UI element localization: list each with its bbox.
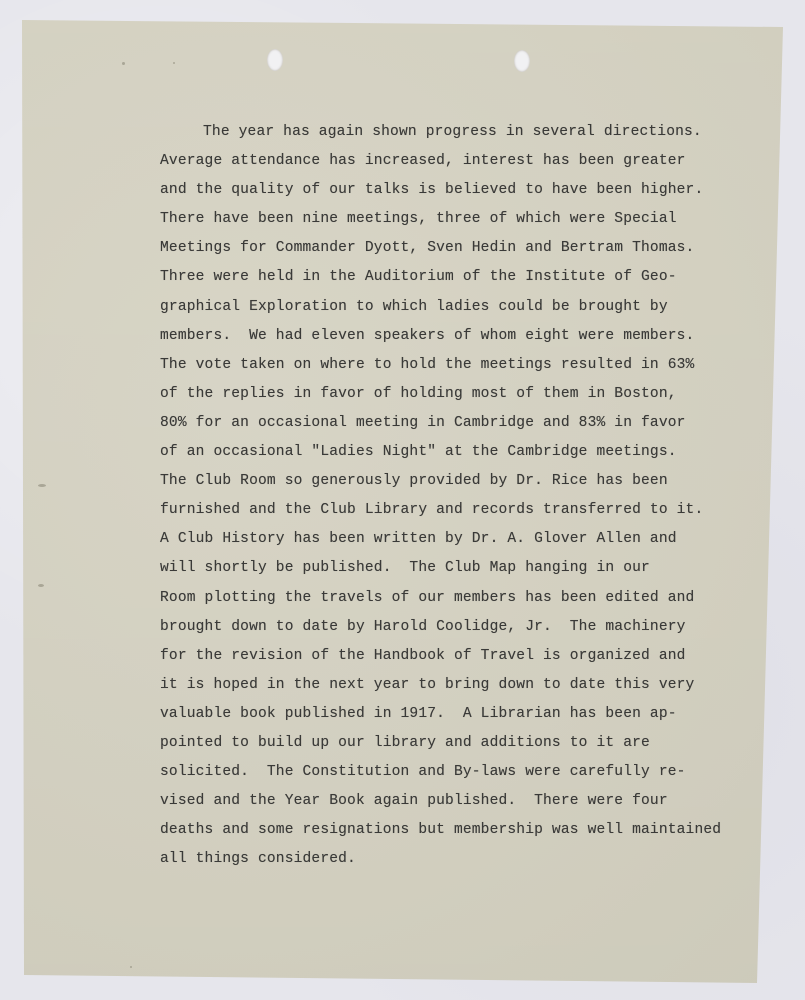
paper-speck [173, 62, 175, 64]
text-line: for the revision of the Handbook of Trav… [160, 642, 720, 671]
text-line: and the quality of our talks is believed… [160, 176, 720, 205]
text-line: 80% for an occasional meeting in Cambrid… [160, 409, 720, 438]
text-line: Room plotting the travels of our members… [160, 584, 720, 613]
text-line: brought down to date by Harold Coolidge,… [160, 613, 720, 642]
text-line: all things considered. [160, 845, 720, 874]
paper-speck [38, 584, 44, 587]
typewritten-page: The year has again shown progress in sev… [0, 0, 805, 1000]
body-paragraph: The year has again shown progress in sev… [160, 118, 720, 874]
text-line: members. We had eleven speakers of whom … [160, 322, 720, 351]
text-line: graphical Exploration to which ladies co… [160, 293, 720, 322]
text-line: Meetings for Commander Dyott, Sven Hedin… [160, 234, 720, 263]
text-line: deaths and some resignations but members… [160, 816, 720, 845]
punch-hole-left [267, 49, 283, 71]
text-line: Three were held in the Auditorium of the… [160, 263, 720, 292]
text-line: A Club History has been written by Dr. A… [160, 525, 720, 554]
paper-speck [130, 966, 132, 968]
punch-hole-right [514, 50, 530, 72]
text-line: furnished and the Club Library and recor… [160, 496, 720, 525]
text-line: Average attendance has increased, intere… [160, 147, 720, 176]
text-line: The Club Room so generously provided by … [160, 467, 720, 496]
text-line: of an occasional "Ladies Night" at the C… [160, 438, 720, 467]
text-line: The year has again shown progress in sev… [160, 118, 720, 147]
text-line: it is hoped in the next year to bring do… [160, 671, 720, 700]
text-line: vised and the Year Book again published.… [160, 787, 720, 816]
paper-speck [122, 62, 125, 65]
text-line: There have been nine meetings, three of … [160, 205, 720, 234]
paper-speck [38, 484, 46, 487]
text-line: of the replies in favor of holding most … [160, 380, 720, 409]
text-line: pointed to build up our library and addi… [160, 729, 720, 758]
text-line: The vote taken on where to hold the meet… [160, 351, 720, 380]
text-line: valuable book published in 1917. A Libra… [160, 700, 720, 729]
text-line: solicited. The Constitution and By-laws … [160, 758, 720, 787]
text-line: will shortly be published. The Club Map … [160, 554, 720, 583]
